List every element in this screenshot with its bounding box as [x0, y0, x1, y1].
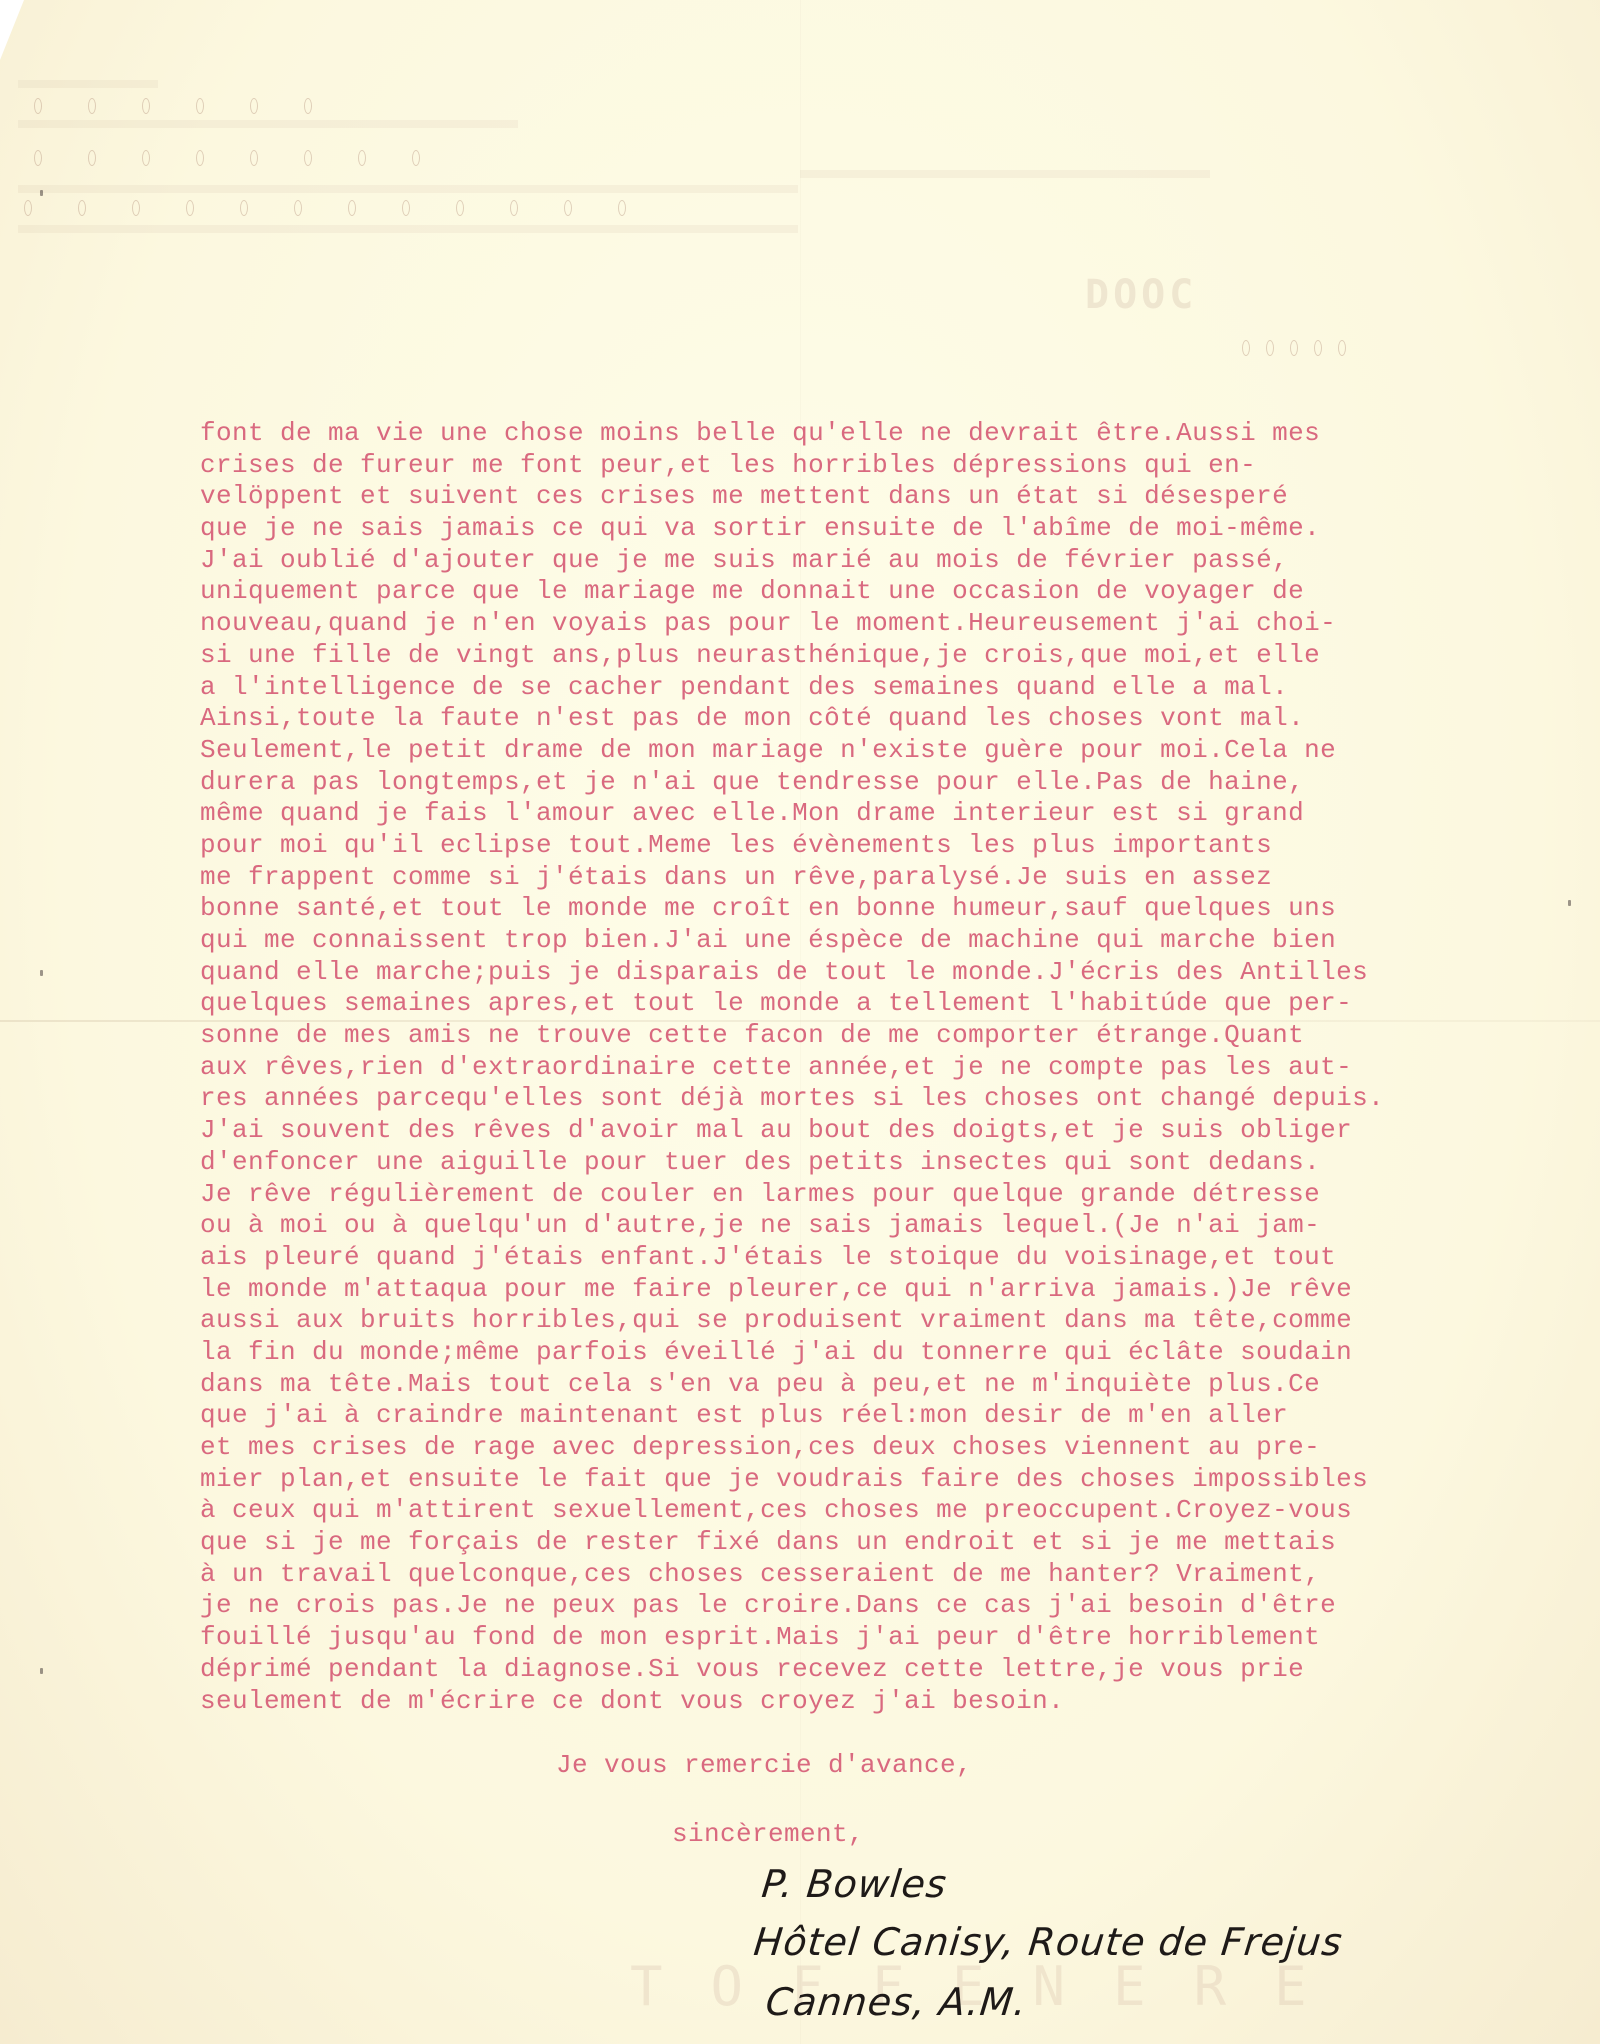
letter-line: me frappent comme si j'étais dans un rêv… [200, 862, 1384, 894]
paper-speck [40, 1668, 43, 1674]
letter-line: qui me connaissent trop bien.J'ai une és… [200, 925, 1384, 957]
letter-line: pour moi qu'il eclipse tout.Meme les évè… [200, 830, 1384, 862]
letter-line: aux rêves,rien d'extraordinaire cette an… [200, 1052, 1384, 1084]
letter-line: dans ma tête.Mais tout cela s'en va peu … [200, 1369, 1384, 1401]
signature-name: P. Bowles [760, 1862, 950, 1906]
letter-line: je ne crois pas.Je ne peux pas le croire… [200, 1590, 1384, 1622]
closing-thanks: Je vous remercie d'avance, [556, 1750, 972, 1780]
torn-corner [0, 0, 24, 60]
showthrough-holes [34, 150, 420, 166]
letter-line: Je rêve régulièrement de couler en larme… [200, 1179, 1384, 1211]
letter-line: le monde m'attaqua pour me faire pleurer… [200, 1274, 1384, 1306]
letter-line: que j'ai à craindre maintenant est plus … [200, 1400, 1384, 1432]
letter-line: quelques semaines apres,et tout le monde… [200, 988, 1384, 1020]
showthrough-mark [18, 225, 798, 233]
showthrough-mark [18, 185, 798, 193]
letter-line: font de ma vie une chose moins belle qu'… [200, 418, 1384, 450]
showthrough-mark [18, 80, 158, 88]
letter-line: crises de fureur me font peur,et les hor… [200, 450, 1384, 482]
letter-body: font de ma vie une chose moins belle qu'… [200, 418, 1384, 1717]
letter-line: durera pas longtemps,et je n'ai que tend… [200, 767, 1384, 799]
showthrough-holes [24, 200, 626, 216]
letter-line: velöppent et suivent ces crises me mette… [200, 481, 1384, 513]
signature-address-line-1: Hôtel Canisy, Route de Frejus [752, 1920, 1345, 1964]
letter-line: sonne de mes amis ne trouve cette facon … [200, 1020, 1384, 1052]
showthrough-holes [1242, 340, 1346, 356]
paper-speck [40, 970, 43, 976]
paper-speck [1568, 900, 1571, 906]
letter-line: bonne santé,et tout le monde me croît en… [200, 893, 1384, 925]
letter-line: fouillé jusqu'au fond de mon esprit.Mais… [200, 1622, 1384, 1654]
letter-line: res années parcequ'elles sont déjà morte… [200, 1083, 1384, 1115]
letter-line: J'ai souvent des rêves d'avoir mal au bo… [200, 1115, 1384, 1147]
showthrough-mark [800, 170, 1210, 178]
closing-salutation: sincèrement, [672, 1819, 864, 1849]
letter-page: DOOC TOFFENERE font de ma vie une chose … [0, 0, 1600, 2044]
letter-line: à ceux qui m'attirent sexuellement,ces c… [200, 1495, 1384, 1527]
signature-address-line-2: Cannes, A.M. [764, 1980, 1030, 2024]
letter-line: ou à moi ou à quelqu'un d'autre,je ne sa… [200, 1210, 1384, 1242]
letter-line: la fin du monde;même parfois éveillé j'a… [200, 1337, 1384, 1369]
letter-line: si une fille de vingt ans,plus neurasthé… [200, 640, 1384, 672]
showthrough-mark [18, 120, 518, 128]
letter-line: nouveau,quand je n'en voyais pas pour le… [200, 608, 1384, 640]
letter-line: que je ne sais jamais ce qui va sortir e… [200, 513, 1384, 545]
letter-line: aussi aux bruits horribles,qui se produi… [200, 1305, 1384, 1337]
letter-line: ais pleuré quand j'étais enfant.J'étais … [200, 1242, 1384, 1274]
letter-line: et mes crises de rage avec depression,ce… [200, 1432, 1384, 1464]
letter-line: Seulement,le petit drame de mon mariage … [200, 735, 1384, 767]
letter-line: que si je me forçais de rester fixé dans… [200, 1527, 1384, 1559]
letter-line: déprimé pendant la diagnose.Si vous rece… [200, 1654, 1384, 1686]
letter-line: d'enfoncer une aiguille pour tuer des pe… [200, 1147, 1384, 1179]
letter-line: même quand je fais l'amour avec elle.Mon… [200, 798, 1384, 830]
letter-line: Ainsi,toute la faute n'est pas de mon cô… [200, 703, 1384, 735]
showthrough-holes [34, 98, 312, 114]
letter-line: a l'intelligence de se cacher pendant de… [200, 672, 1384, 704]
paper-speck [40, 190, 43, 196]
letter-line: à un travail quelconque,ces choses cesse… [200, 1559, 1384, 1591]
showthrough-form-number: DOOC [1085, 272, 1197, 318]
letter-line: J'ai oublié d'ajouter que je me suis mar… [200, 545, 1384, 577]
letter-line: quand elle marche;puis je disparais de t… [200, 957, 1384, 989]
letter-line: uniquement parce que le mariage me donna… [200, 576, 1384, 608]
letter-line: seulement de m'écrire ce dont vous croye… [200, 1686, 1384, 1718]
letter-line: mier plan,et ensuite le fait que je voud… [200, 1464, 1384, 1496]
